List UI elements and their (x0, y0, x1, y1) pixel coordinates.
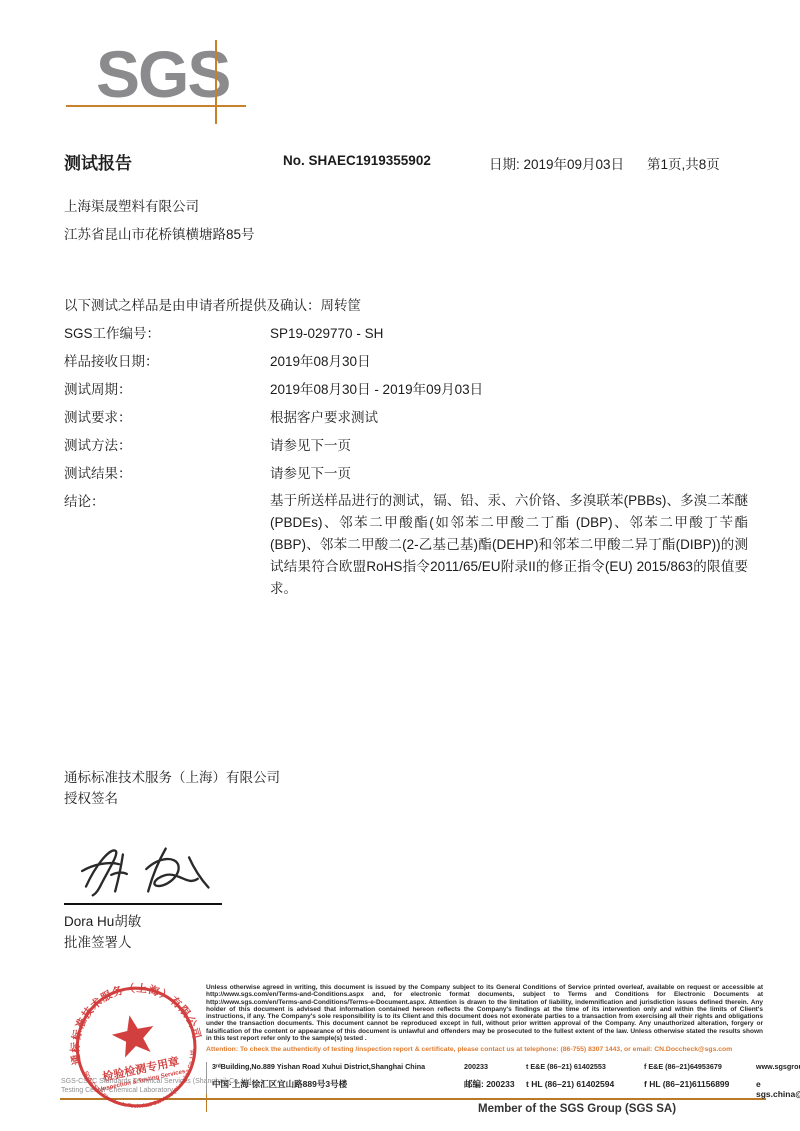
field-value: 请参见下一页 (270, 432, 754, 460)
field-row-receive-date: 样品接收日期： 2019年08月30日 (64, 348, 754, 376)
field-value: 根据客户要求测试 (270, 404, 754, 432)
field-label: 测试方法： (64, 432, 270, 460)
signer-name: Dora Hu胡敏 (64, 910, 141, 930)
field-value: 请参见下一页 (270, 460, 754, 488)
handwritten-signature (70, 836, 240, 906)
field-row-conclusion: 结论： 基于所送样品进行的测试，镉、铅、汞、六价铬、多溴联苯(PBBs)、多溴二… (64, 490, 754, 600)
postcode-cn: 邮编: 200233 (464, 1078, 526, 1090)
authorized-signature-label: 授权签名 (64, 787, 118, 807)
fax-en: f E&E (86–21)64953679 (644, 1062, 756, 1071)
field-value: 2019年08月30日 - 2019年09月03日 (270, 376, 754, 404)
postcode-en: 200233 (464, 1062, 526, 1071)
email: e sgs.china@sgs.com (756, 1079, 800, 1099)
address-en: 3ʳᵈBuilding,No.889 Yishan Road Xuhui Dis… (212, 1062, 464, 1071)
website: www.sgsgroup.com.cn (756, 1062, 800, 1071)
signer-role: 批准签署人 (64, 931, 132, 951)
sample-intro: 以下测试之样品是由申请者所提供及确认：周转筐 (64, 292, 754, 320)
field-row-test-method: 测试方法： 请参见下一页 (64, 432, 754, 460)
field-value: SP19-029770 - SH (270, 320, 754, 348)
report-title: 测试报告 (64, 149, 132, 174)
field-row-job-no: SGS工作编号： SP19-029770 - SH (64, 320, 754, 348)
field-label: 测试要求： (64, 404, 270, 432)
applicant-name: 上海渠晟塑料有限公司 (64, 195, 199, 215)
page-indicator: 第1页,共8页 (647, 153, 720, 173)
field-row-test-results: 测试结果： 请参见下一页 (64, 460, 754, 488)
address-cn: 中国·上海·徐汇区宜山路889号3号楼 (212, 1078, 464, 1090)
sgs-member-line: Member of the SGS Group (SGS SA) (478, 1103, 676, 1115)
field-label: 测试结果： (64, 460, 270, 488)
address-block: 3ʳᵈBuilding,No.889 Yishan Road Xuhui Dis… (206, 1062, 763, 1094)
field-label: 样品接收日期： (64, 348, 270, 376)
sgs-logo: SGS (60, 34, 310, 134)
report-date: 日期: 2019年09月03日 (489, 153, 624, 173)
address-row-cn: 中国·上海·徐汇区宜山路889号3号楼 邮编: 200233 t HL (86–… (212, 1078, 763, 1094)
field-row-test-period: 测试周期： 2019年08月30日 - 2019年09月03日 (64, 376, 754, 404)
report-info-section: 以下测试之样品是由申请者所提供及确认：周转筐 SGS工作编号： SP19-029… (64, 292, 754, 600)
logo-vertical-rule (215, 40, 217, 124)
address-row-en: 3ʳᵈBuilding,No.889 Yishan Road Xuhui Dis… (212, 1062, 763, 1078)
field-row-test-requested: 测试要求： 根据客户要求测试 (64, 404, 754, 432)
sgs-logo-text: SGS (96, 36, 229, 112)
field-value: 2019年08月30日 (270, 348, 754, 376)
phone-en: t E&E (86–21) 61402553 (526, 1062, 644, 1071)
attention-notice: Attention: To check the authenticity of … (206, 1046, 763, 1054)
logo-horizontal-rule (66, 105, 246, 107)
field-label: SGS工作编号： (64, 320, 270, 348)
seal-star-icon (109, 1011, 159, 1059)
phone-cn: t HL (86–21) 61402594 (526, 1079, 644, 1089)
applicant-address: 江苏省昆山市花桥镇横塘路85号 (64, 223, 255, 243)
conclusion-text: 基于所送样品进行的测试，镉、铅、汞、六价铬、多溴联苯(PBBs)、多溴二苯醚(P… (270, 490, 748, 600)
test-report-page: SGS 测试报告 No. SHAEC1919355902 日期: 2019年09… (0, 0, 800, 1131)
signature-rule (64, 903, 222, 905)
fax-cn: f HL (86–21)61156899 (644, 1079, 756, 1089)
svg-text:SGS-CSTC Standards Technical S: SGS-CSTC Standards Technical Services (S… (82, 1047, 206, 1120)
issuing-company: 通标标准技术服务（上海）有限公司 (64, 766, 280, 786)
company-seal-stamp: 通标标准技术服务（上海）有限公司 SGS-CSTC Standards Tech… (53, 967, 221, 1131)
legal-disclaimer: Unless otherwise agreed in writing, this… (206, 984, 763, 1042)
report-number: No. SHAEC1919355902 (283, 153, 431, 168)
field-label: 测试周期： (64, 376, 270, 404)
field-label: 结论： (64, 490, 270, 600)
